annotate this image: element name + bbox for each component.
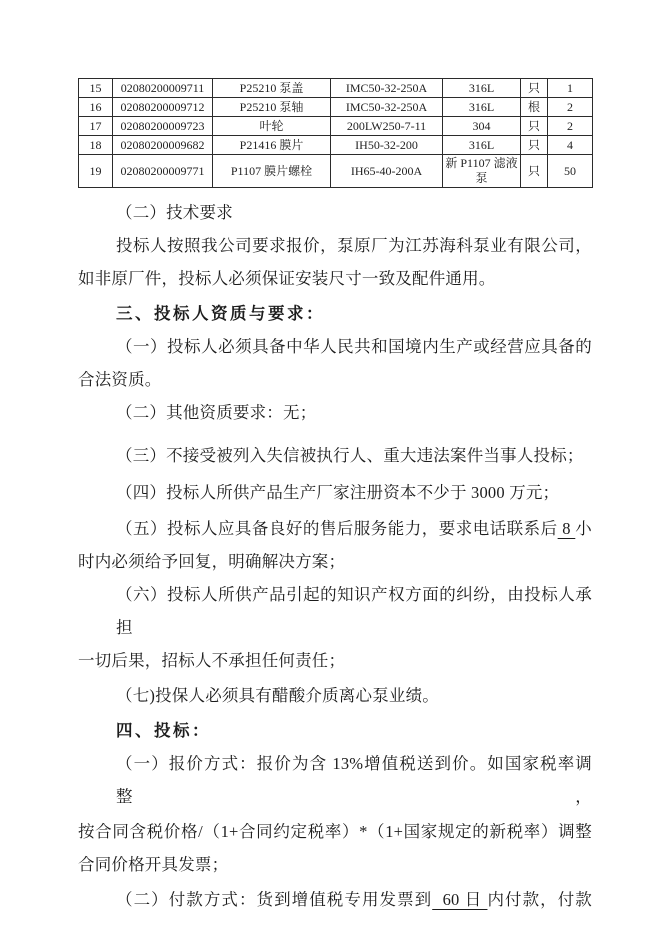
table-row: 1902080200009771P1107 膜片螺栓IH65-40-200A新 …	[79, 155, 593, 188]
text-line: 合同价格开具发票；	[78, 848, 592, 881]
text-line: 一切后果，招标人不承担任何责任；	[78, 644, 592, 677]
table-cell-material: 316L	[443, 136, 521, 155]
text-run: （二）付款方式：货到增值税专用发票到	[116, 890, 432, 909]
table-cell-code: 02080200009712	[113, 98, 213, 117]
text-run: （一）投标人必须具备中华人民共和国境内生产或经营应具备的	[116, 337, 592, 356]
text-line: （二）其他资质要求：无；	[78, 396, 592, 429]
table-cell-unit: 只	[521, 155, 548, 188]
text-run: 四、投标：	[116, 721, 211, 740]
table-cell-qty: 1	[548, 79, 593, 98]
table-cell-model: IMC50-32-250A	[331, 98, 443, 117]
document-page: 1502080200009711P25210 泵盖IMC50-32-250A31…	[0, 0, 662, 936]
table-cell-model: IH50-32-200	[331, 136, 443, 155]
text-line: （一）报价方式：报价为含 13%增值税送到价。如国家税率调整，	[78, 747, 592, 813]
table-cell-unit: 根	[521, 98, 548, 117]
table-cell-no: 17	[79, 117, 113, 136]
table-row: 1602080200009712P25210 泵轴IMC50-32-250A31…	[79, 98, 593, 117]
table-cell-material: 316L	[443, 98, 521, 117]
table-cell-name: P25210 泵盖	[213, 79, 331, 98]
text-line: （二）付款方式：货到增值税专用发票到 60 日 内付款，付款	[78, 883, 592, 916]
table-cell-name: P25210 泵轴	[213, 98, 331, 117]
text-run: 三、投标人资质与要求：	[116, 304, 325, 323]
text-line: （一）投标人必须具备中华人民共和国境内生产或经营应具备的	[78, 330, 592, 363]
table-cell-code: 02080200009711	[113, 79, 213, 98]
parts-table-body: 1502080200009711P25210 泵盖IMC50-32-250A31…	[79, 79, 593, 188]
text-line: （五）投标人应具备良好的售后服务能力，要求电话联系后 8 小	[78, 512, 592, 545]
table-cell-no: 15	[79, 79, 113, 98]
text-line: （四）投标人所供产品生产厂家注册资本不少于 3000 万元；	[78, 476, 592, 509]
section-heading: 四、投标：	[78, 714, 592, 747]
table-cell-qty: 2	[548, 117, 593, 136]
text-run: （三）不接受被列入失信被执行人、重大违法案件当事人投标；	[116, 446, 584, 465]
parts-table: 1502080200009711P25210 泵盖IMC50-32-250A31…	[78, 78, 593, 188]
text-run: （二）技术要求	[116, 203, 233, 222]
text-line: 投标人按照我公司要求报价，泵原厂为江苏海科泵业有限公司，	[78, 229, 592, 262]
table-cell-qty: 50	[548, 155, 593, 188]
text-line: 合法资质。	[78, 363, 592, 396]
text-run: （六）投标人所供产品引起的知识产权方面的纠纷，由投标人承担	[116, 585, 592, 637]
table-cell-no: 16	[79, 98, 113, 117]
text-line: （六）投标人所供产品引起的知识产权方面的纠纷，由投标人承担	[78, 578, 592, 644]
table-cell-unit: 只	[521, 117, 548, 136]
text-run: （七)投保人必须具有醋酸介质离心泵业绩。	[116, 686, 439, 705]
text-line: （七)投保人必须具有醋酸介质离心泵业绩。	[78, 679, 592, 712]
table-cell-model: IMC50-32-250A	[331, 79, 443, 98]
text-line: 按合同含税价格/（1+合同约定税率）*（1+国家规定的新税率）调整	[78, 815, 592, 848]
text-run: 时内必须给予回复，明确解决方案；	[78, 552, 345, 571]
text-run: 合同价格开具发票；	[78, 855, 228, 874]
text-run: 投标人按照我公司要求报价，泵原厂为江苏海科泵业有限公司，	[116, 236, 592, 255]
table-row: 1502080200009711P25210 泵盖IMC50-32-250A31…	[79, 79, 593, 98]
table-cell-code: 02080200009723	[113, 117, 213, 136]
text-run: （四）投标人所供产品生产厂家注册资本不少于 3000 万元；	[116, 483, 559, 502]
table-cell-no: 18	[79, 136, 113, 155]
table-cell-material: 316L	[443, 79, 521, 98]
text-run: 小	[575, 519, 592, 538]
table-cell-unit: 只	[521, 136, 548, 155]
document-content: 1502080200009711P25210 泵盖IMC50-32-250A31…	[78, 78, 592, 916]
text-run: （五）投标人应具备良好的售后服务能力，要求电话联系后	[116, 519, 558, 538]
text-run: （二）其他资质要求：无；	[116, 403, 316, 422]
text-line: 时内必须给予回复，明确解决方案；	[78, 545, 592, 578]
underlined-blank: 60 日	[432, 890, 487, 909]
text-line: 如非原厂件，投标人必须保证安装尺寸一致及配件通用。	[78, 262, 592, 295]
text-run: 按合同含税价格/（1+合同约定税率）*（1+国家规定的新税率）调整	[78, 822, 592, 841]
section-heading: 三、投标人资质与要求：	[78, 297, 592, 330]
underlined-blank: 8	[558, 519, 576, 538]
text-line: （二）技术要求	[78, 196, 592, 229]
table-cell-qty: 2	[548, 98, 593, 117]
table-cell-no: 19	[79, 155, 113, 188]
table-cell-name: P21416 膜片	[213, 136, 331, 155]
table-row: 1802080200009682P21416 膜片IH50-32-200316L…	[79, 136, 593, 155]
text-line: （三）不接受被列入失信被执行人、重大违法案件当事人投标；	[78, 439, 592, 472]
text-run: 一切后果，招标人不承担任何责任；	[78, 651, 345, 670]
table-cell-material: 304	[443, 117, 521, 136]
table-cell-material: 新 P1107 滤液泵	[443, 155, 521, 188]
text-run: 如非原厂件，投标人必须保证安装尺寸一致及配件通用。	[78, 269, 496, 288]
table-cell-unit: 只	[521, 79, 548, 98]
table-cell-code: 02080200009682	[113, 136, 213, 155]
table-cell-qty: 4	[548, 136, 593, 155]
table-cell-model: 200LW250-7-11	[331, 117, 443, 136]
table-cell-model: IH65-40-200A	[331, 155, 443, 188]
text-run: 合法资质。	[78, 370, 162, 389]
table-cell-name: 叶轮	[213, 117, 331, 136]
table-cell-name: P1107 膜片螺栓	[213, 155, 331, 188]
text-run: （一）报价方式：报价为含 13%增值税送到价。如国家税率调整，	[116, 754, 592, 806]
table-row: 1702080200009723叶轮200LW250-7-11304只2	[79, 117, 593, 136]
table-cell-code: 02080200009771	[113, 155, 213, 188]
text-run: 内付款，付款	[487, 890, 592, 909]
document-body: （二）技术要求投标人按照我公司要求报价，泵原厂为江苏海科泵业有限公司，如非原厂件…	[78, 196, 592, 916]
